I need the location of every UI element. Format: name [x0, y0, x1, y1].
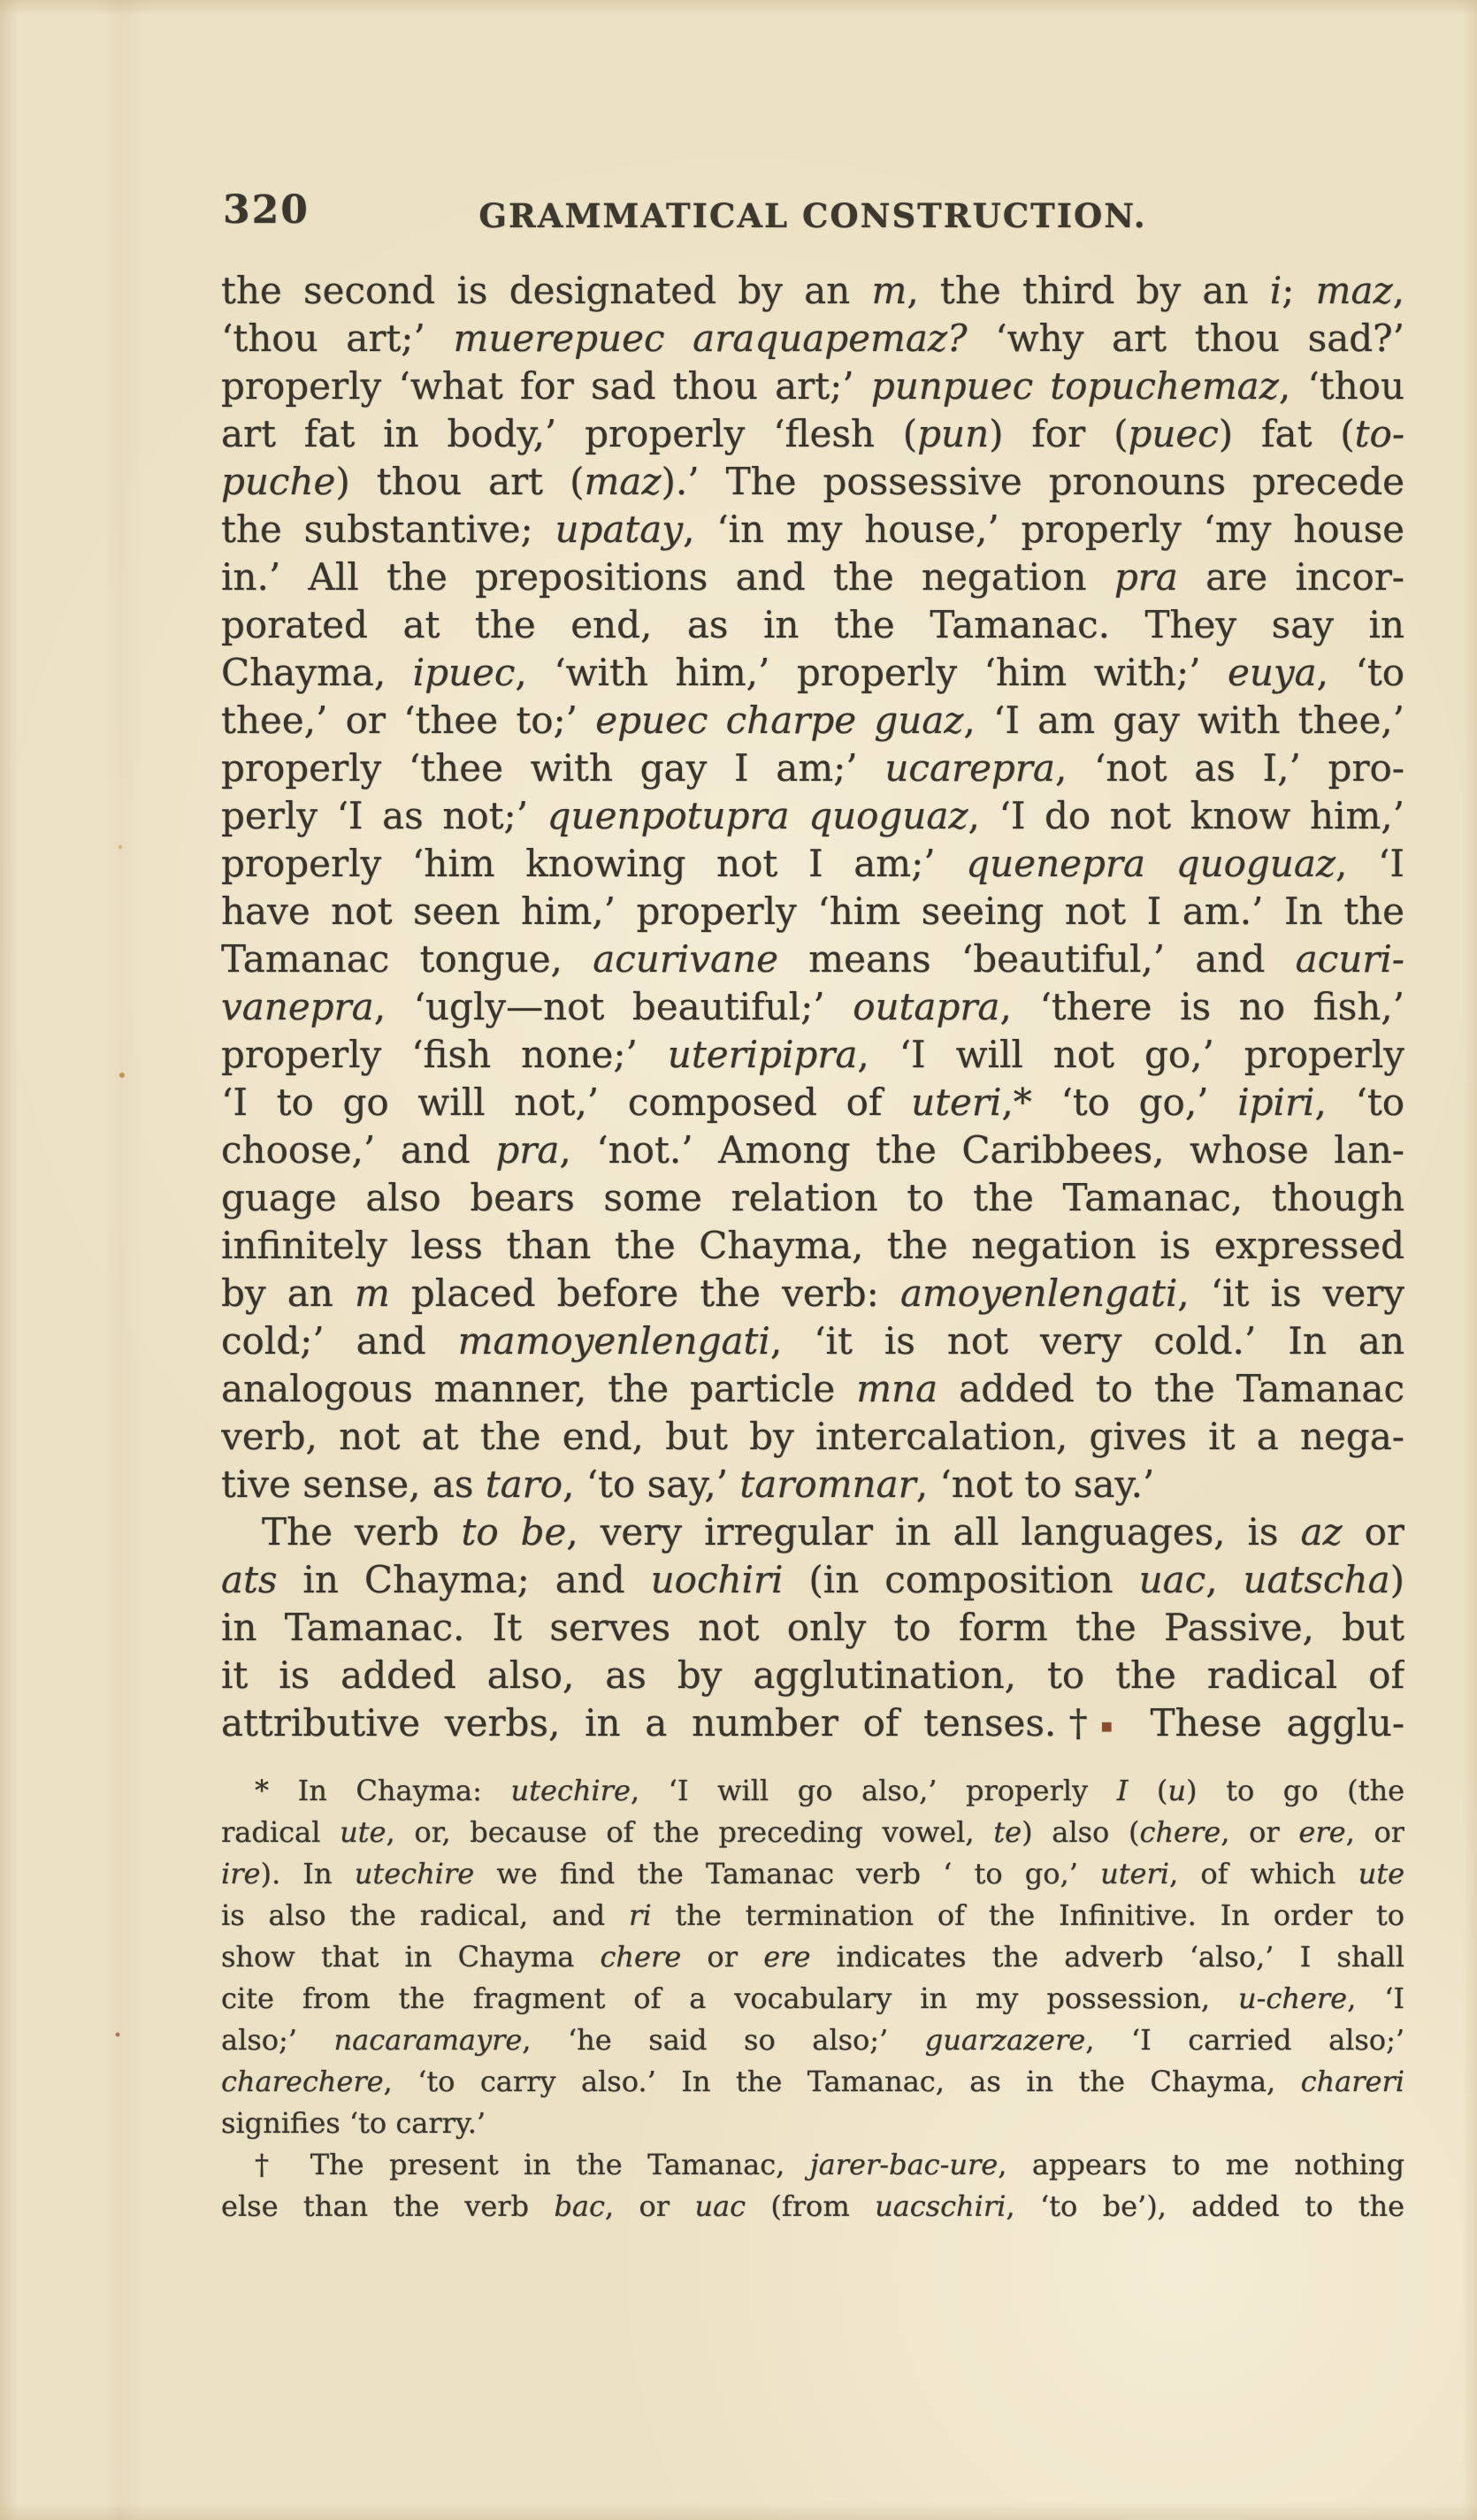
- text-line: ats in Chayma; and uochiri (in compositi…: [221, 1556, 1404, 1604]
- text-run: (in composition: [783, 1558, 1138, 1601]
- text-line: ‘I to go will not,’ composed of uteri,* …: [221, 1079, 1404, 1126]
- italic-text-run: punpuec topuchemaz: [871, 364, 1279, 408]
- text-run: , ‘I: [1347, 1982, 1404, 2015]
- italic-text-run: u: [1167, 1774, 1186, 1807]
- text-run: in.’ All the prepositions and the negati…: [221, 555, 1114, 599]
- italic-text-run: chere: [601, 1940, 682, 1974]
- text-run: have not seen him,’ properly ‘him seeing…: [221, 890, 1404, 933]
- text-run: properly ‘fish none;’: [221, 1033, 668, 1076]
- text-line: charechere, ‘to carry also.’ In the Tama…: [221, 2061, 1404, 2103]
- text-run: show that in Chayma: [221, 1940, 601, 1974]
- text-run: , of which: [1169, 1857, 1358, 1890]
- text-run: , ‘I do not know him,’: [968, 794, 1404, 837]
- italic-text-run: jarer-bac-ure: [810, 2148, 998, 2181]
- text-run: we find the Tamanac verb ‘ to go,’: [474, 1857, 1100, 1890]
- text-run: in Chayma; and: [277, 1558, 650, 1601]
- italic-text-run: utechire: [355, 1857, 474, 1890]
- italic-text-run: to be: [461, 1510, 566, 1554]
- text-line: guage also bears some relation to the Ta…: [221, 1174, 1404, 1222]
- text-run: , ‘he said so also;’: [522, 2023, 924, 2057]
- text-run: The verb: [262, 1510, 461, 1554]
- text-line: the second is designated by an m, the th…: [221, 267, 1404, 315]
- italic-text-run: ri: [629, 1898, 652, 1932]
- text-run: ). In: [260, 1857, 354, 1890]
- text-line: properly ‘thee with gay I am;’ ucarepra,…: [221, 745, 1404, 792]
- text-run: ,: [1205, 1558, 1243, 1601]
- text-run: , ‘to say,’: [562, 1462, 739, 1506]
- text-run: cite from the fragment of a vocabulary i…: [221, 1982, 1238, 2015]
- text-run: ‘I to go will not,’ composed of: [221, 1081, 911, 1124]
- italic-text-run: pra: [495, 1128, 559, 1172]
- italic-text-run: te: [993, 1815, 1022, 1849]
- text-line: by an m placed before the verb: amoyenle…: [221, 1270, 1404, 1317]
- text-line: choose,’ and pra, ‘not.’ Among the Carib…: [221, 1126, 1404, 1174]
- text-run: verb, not at the end, but by intercalati…: [221, 1415, 1404, 1458]
- italic-text-run: uteripipra: [668, 1033, 858, 1076]
- italic-text-run: outapra: [853, 985, 999, 1028]
- text-run: (: [1128, 1774, 1167, 1807]
- text-run: , ‘thou: [1279, 364, 1404, 408]
- text-run: ) for (: [989, 412, 1128, 455]
- italic-text-run: upatay: [555, 508, 683, 551]
- text-line: it is added also, as by agglutination, t…: [221, 1652, 1404, 1699]
- text-run: the substantive;: [221, 508, 555, 551]
- italic-text-run: pun: [917, 412, 989, 455]
- text-run: , ‘with him,’ properly ‘him with;’: [515, 651, 1228, 694]
- text-line: radical ute, or, because of the precedin…: [221, 1812, 1404, 1853]
- text-run: the second is designated by an: [221, 269, 872, 312]
- text-run: , ‘to: [1314, 1081, 1404, 1124]
- text-run: , ‘to be’), added to the: [1006, 2189, 1404, 2223]
- text-run: ): [1390, 1558, 1404, 1601]
- italic-text-run: uochiri: [651, 1558, 784, 1601]
- text-run: * In Chayma:: [255, 1774, 510, 1807]
- text-run: choose,’ and: [221, 1128, 495, 1172]
- text-run: , or: [1346, 1815, 1404, 1849]
- text-run: ‘thou art;’: [221, 317, 454, 360]
- text-run: ) also (: [1022, 1815, 1139, 1849]
- text-line: vanepra, ‘ugly—not beautiful;’ outapra, …: [221, 983, 1404, 1031]
- text-run: , ‘I will not go,’ properly: [857, 1033, 1404, 1076]
- text-run: porated at the end, as in the Tamanac. T…: [221, 603, 1404, 646]
- text-run: ) fat (: [1219, 412, 1355, 455]
- text-run: , or: [605, 2189, 695, 2223]
- text-run: ,: [1393, 269, 1404, 312]
- text-run: added to the Tamanac: [937, 1367, 1404, 1410]
- text-run: † The present in the Tamanac,: [255, 2148, 810, 2181]
- text-run: , or: [1221, 1815, 1298, 1849]
- running-header: GRAMMATICAL CONSTRUCTION.: [221, 196, 1404, 235]
- text-run: attributive verbs, in a number of tenses…: [221, 1701, 1100, 1745]
- text-line: show that in Chayma chere or ere indicat…: [221, 1936, 1404, 1978]
- text-run: These agglu-: [1126, 1701, 1404, 1745]
- text-run: else than the verb: [221, 2189, 554, 2223]
- text-run: , ‘I am gay with thee,’: [963, 699, 1404, 742]
- text-line: cite from the fragment of a vocabulary i…: [221, 1978, 1404, 2020]
- italic-text-run: quenepra quoguaz: [966, 842, 1335, 885]
- italic-text-run: ucarepra: [884, 746, 1055, 790]
- text-run: , ‘I will go also,’ properly: [631, 1774, 1117, 1807]
- text-run: , ‘it is very: [1177, 1271, 1404, 1315]
- text-run: ;: [1282, 269, 1315, 312]
- text-run: , the third by an: [907, 269, 1269, 312]
- text-run: , or, because of the preceding vowel,: [386, 1815, 993, 1849]
- text-run: signifies ‘to carry.’: [221, 2106, 486, 2140]
- text-run: guage also bears some relation to the Ta…: [221, 1176, 1404, 1219]
- italic-text-run: ire: [221, 1857, 260, 1890]
- text-line: thee,’ or ‘thee to;’ epuec charpe guaz, …: [221, 697, 1404, 745]
- text-run: or: [681, 1940, 763, 1974]
- italic-text-run: ipiri: [1237, 1081, 1314, 1124]
- italic-text-run: az: [1300, 1510, 1342, 1554]
- paragraph: The verb to be, very irregular in all la…: [221, 1508, 1404, 1747]
- italic-text-run: quenpotupra quoguaz: [547, 794, 968, 837]
- text-line: tive sense, as taro, ‘to say,’ taromnar,…: [221, 1461, 1404, 1508]
- text-line: ire). In utechire we find the Tamanac ve…: [221, 1853, 1404, 1895]
- text-line: * In Chayma: utechire, ‘I will go also,’…: [221, 1770, 1404, 1812]
- italic-text-run: ere: [763, 1940, 810, 1974]
- text-run: , ‘I: [1335, 842, 1404, 885]
- text-run: , ‘in my house,’ properly ‘my house: [683, 508, 1404, 551]
- text-run: , ‘there is no fish,’: [999, 985, 1404, 1028]
- italic-text-run: m: [355, 1271, 390, 1315]
- text-run: thee,’ or ‘thee to;’: [221, 699, 595, 742]
- italic-text-run: uac: [1139, 1558, 1206, 1601]
- text-line: Tamanac tongue, acurivane means ‘beautif…: [221, 935, 1404, 983]
- italic-text-run: chere: [1140, 1815, 1221, 1849]
- italic-text-run: uteri: [911, 1081, 1001, 1124]
- italic-text-run: ute: [340, 1815, 386, 1849]
- text-run: properly ‘what for sad thou art;’: [221, 364, 871, 408]
- italic-text-run: mamoyenlengati: [458, 1319, 770, 1363]
- text-line: analogous manner, the particle mna added…: [221, 1365, 1404, 1413]
- italic-text-run: acuri-: [1296, 937, 1404, 981]
- text-run: , ‘I carried also;’: [1085, 2023, 1404, 2057]
- text-run: are incor-: [1178, 555, 1404, 599]
- italic-text-run: taromnar: [739, 1462, 915, 1506]
- text-run: Chayma,: [221, 651, 413, 694]
- italic-text-run: maz: [584, 460, 661, 503]
- body-text: the second is designated by an m, the th…: [221, 267, 1404, 1747]
- text-run: cold;’ and: [221, 1319, 458, 1363]
- italic-text-run: nacaramayre: [334, 2023, 523, 2057]
- text-run: infinitely less than the Chayma, the neg…: [221, 1224, 1404, 1267]
- italic-text-run: guarzazere: [925, 2023, 1085, 2057]
- italic-text-run: vanepra: [221, 985, 374, 1028]
- text-run: ‘why art thou sad?’: [968, 317, 1404, 360]
- text-line: have not seen him,’ properly ‘him seeing…: [221, 888, 1404, 935]
- italic-text-run: utechire: [510, 1774, 630, 1807]
- text-run: tive sense, as: [221, 1462, 486, 1506]
- text-line: puche) thou art (maz).’ The possessive p…: [221, 458, 1404, 506]
- italic-text-run: pra: [1114, 555, 1178, 599]
- text-run: in Tamanac. It serves not only to form t…: [221, 1606, 1404, 1649]
- italic-text-run: bac: [554, 2189, 604, 2223]
- italic-text-run: epuec charpe guaz: [595, 699, 963, 742]
- italic-text-run: uac: [694, 2189, 746, 2223]
- italic-text-run: chareri: [1301, 2065, 1404, 2098]
- text-run: perly ‘I as not;’: [221, 794, 547, 837]
- text-line: in.’ All the prepositions and the negati…: [221, 554, 1404, 601]
- text-line: Chayma, ipuec, ‘with him,’ properly ‘him…: [221, 649, 1404, 697]
- text-line: is also the radical, and ri the terminat…: [221, 1895, 1404, 1936]
- text-run: by an: [221, 1271, 355, 1315]
- text-run: (from: [746, 2189, 875, 2223]
- text-run: ,* ‘to go,’: [1001, 1081, 1237, 1124]
- italic-text-run: puec: [1128, 412, 1218, 455]
- text-line: porated at the end, as in the Tamanac. T…: [221, 601, 1404, 649]
- text-run: , ‘not.’ Among the Caribbees, whose lan-: [559, 1128, 1404, 1172]
- paragraph: † The present in the Tamanac, jarer-bac-…: [221, 2144, 1404, 2227]
- text-run: properly ‘thee with gay I am;’: [221, 746, 884, 790]
- italic-text-run: muerepuec araquapemaz?: [454, 317, 968, 360]
- italic-text-run: ipuec: [413, 651, 516, 694]
- text-line: the substantive; upatay, ‘in my house,’ …: [221, 506, 1404, 554]
- italic-text-run: maz: [1316, 269, 1393, 312]
- text-line: signifies ‘to carry.’: [221, 2103, 1404, 2144]
- text-line: perly ‘I as not;’ quenpotupra quoguaz, ‘…: [221, 792, 1404, 840]
- text-line: The verb to be, very irregular in all la…: [221, 1508, 1404, 1556]
- text-run: , appears to me nothing: [998, 2148, 1404, 2181]
- text-run: also;’: [221, 2023, 334, 2057]
- text-line: in Tamanac. It serves not only to form t…: [221, 1604, 1404, 1652]
- text-line: infinitely less than the Chayma, the neg…: [221, 1222, 1404, 1270]
- italic-text-run: uteri: [1100, 1857, 1169, 1890]
- italic-text-run: I: [1117, 1774, 1129, 1807]
- text-run: , ‘ugly—not beautiful;’: [374, 985, 853, 1028]
- paragraph: * In Chayma: utechire, ‘I will go also,’…: [221, 1770, 1404, 2144]
- text-run: , ‘to carry also.’ In the Tamanac, as in…: [384, 2065, 1301, 2098]
- text-run: is also the radical, and: [221, 1898, 629, 1932]
- text-run: or: [1343, 1510, 1404, 1554]
- italic-text-run: ats: [221, 1558, 277, 1601]
- text-run: analogous manner, the particle: [221, 1367, 856, 1410]
- text-run: properly ‘him knowing not I am;’: [221, 842, 966, 885]
- italic-text-run: m: [872, 269, 907, 312]
- text-run: radical: [221, 1815, 340, 1849]
- footnotes: * In Chayma: utechire, ‘I will go also,’…: [221, 1770, 1404, 2227]
- text-line: attributive verbs, in a number of tenses…: [221, 1699, 1404, 1747]
- text-line: properly ‘him knowing not I am;’ quenepr…: [221, 840, 1404, 888]
- paragraph: the second is designated by an m, the th…: [221, 267, 1404, 1508]
- ink-blot: ▪: [1100, 1715, 1126, 1737]
- text-run: , very irregular in all languages, is: [566, 1510, 1300, 1554]
- text-run: , ‘to: [1317, 651, 1404, 694]
- text-run: ) thou art (: [335, 460, 584, 503]
- text-run: , ‘not as I,’ pro-: [1055, 746, 1404, 790]
- italic-text-run: taro: [486, 1462, 562, 1506]
- italic-text-run: uacschiri: [875, 2189, 1006, 2223]
- text-run: indicates the adverb ‘also,’ I shall: [810, 1940, 1404, 1974]
- italic-text-run: to-: [1355, 412, 1404, 455]
- text-line: ‘thou art;’ muerepuec araquapemaz? ‘why …: [221, 315, 1404, 363]
- text-run: Tamanac tongue,: [221, 937, 593, 981]
- text-line: art fat in body,’ properly ‘flesh (pun) …: [221, 410, 1404, 458]
- italic-text-run: acurivane: [593, 937, 778, 981]
- text-run: , ‘not to say.’: [916, 1462, 1155, 1506]
- italic-text-run: ere: [1298, 1815, 1345, 1849]
- text-line: cold;’ and mamoyenlengati, ‘it is not ve…: [221, 1317, 1404, 1365]
- italic-text-run: i: [1270, 269, 1282, 312]
- italic-text-run: u-chere: [1238, 1982, 1347, 2015]
- italic-text-run: amoyenlengati: [900, 1271, 1177, 1315]
- text-run: means ‘beautiful,’ and: [778, 937, 1296, 981]
- italic-text-run: uatscha: [1243, 1558, 1389, 1601]
- text-run: ).’ The possessive pronouns precede: [661, 460, 1404, 503]
- text-run: ) to go (the: [1186, 1774, 1404, 1807]
- text-run: placed before the verb:: [390, 1271, 900, 1315]
- text-run: , ‘it is not very cold.’ In an: [770, 1319, 1404, 1363]
- italic-text-run: puche: [221, 460, 335, 503]
- book-page-scan: 320 GRAMMATICAL CONSTRUCTION. the second…: [0, 0, 1477, 2520]
- text-line: verb, not at the end, but by intercalati…: [221, 1413, 1404, 1461]
- text-line: also;’ nacaramayre, ‘he said so also;’ g…: [221, 2020, 1404, 2061]
- italic-text-run: mna: [856, 1367, 937, 1410]
- text-line: properly ‘what for sad thou art;’ punpue…: [221, 363, 1404, 410]
- text-line: properly ‘fish none;’ uteripipra, ‘I wil…: [221, 1031, 1404, 1079]
- text-run: art fat in body,’ properly ‘flesh (: [221, 412, 917, 455]
- text-line: else than the verb bac, or uac (from uac…: [221, 2186, 1404, 2227]
- italic-text-run: charechere: [221, 2065, 384, 2098]
- text-run: it is added also, as by agglutination, t…: [221, 1653, 1404, 1697]
- text-run: the termination of the Infinitive. In or…: [652, 1898, 1404, 1932]
- text-line: † The present in the Tamanac, jarer-bac-…: [221, 2144, 1404, 2186]
- italic-text-run: ute: [1358, 1857, 1404, 1890]
- italic-text-run: euya: [1228, 651, 1317, 694]
